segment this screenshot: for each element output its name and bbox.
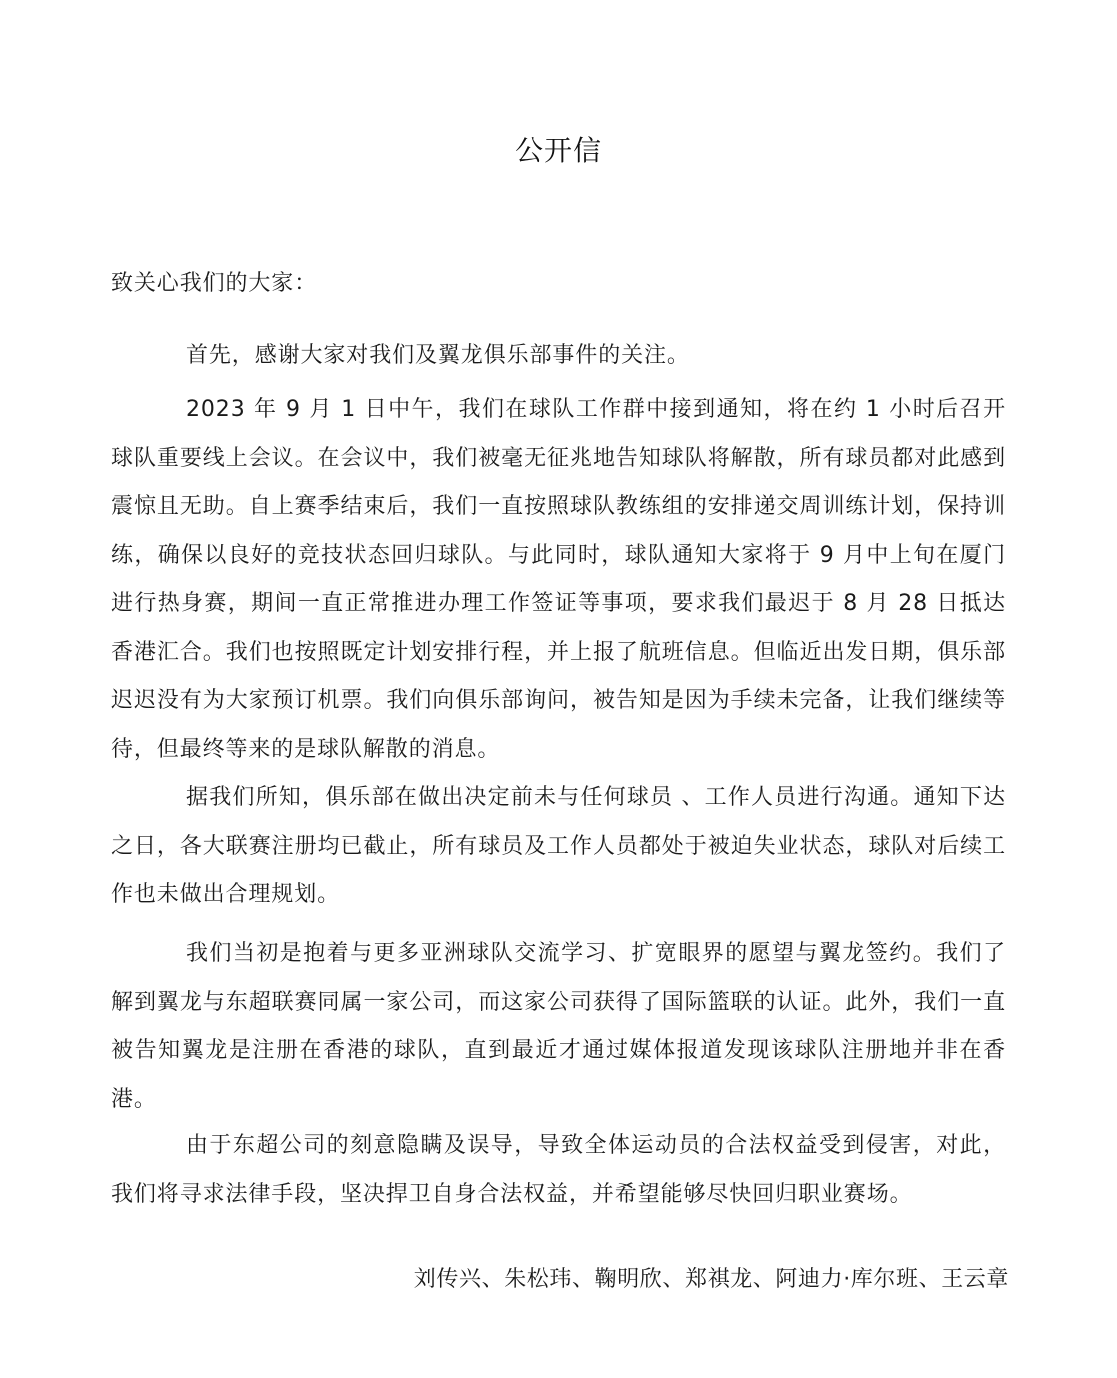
paragraph-dissolution-notice: 2023 年 9 月 1 日中午，我们在球队工作群中接到通知，将在约 1 小时后…	[111, 386, 1006, 774]
paragraph-legal-action: 由于东超公司的刻意隐瞒及误导，导致全体运动员的合法权益受到侵害，对此，我们将寻求…	[111, 1122, 1006, 1219]
salutation: 致关心我们的大家：	[111, 268, 1006, 300]
paragraph-no-communication: 据我们所知，俱乐部在做出决定前未与任何球员 、工作人员进行沟通。通知下达之日，各…	[111, 774, 1006, 920]
signature-names: 刘传兴、朱松玮、鞠明欣、郑祺龙、阿迪力·库尔班、王云章	[414, 1264, 1009, 1296]
letter-title: 公开信	[0, 133, 1117, 169]
paragraph-registration: 我们当初是抱着与更多亚洲球队交流学习、扩宽眼界的愿望与翼龙签约。我们了解到翼龙与…	[111, 930, 1006, 1124]
paragraph-thanks: 首先，感谢大家对我们及翼龙俱乐部事件的关注。	[111, 332, 1006, 381]
letter-page: 公开信 致关心我们的大家： 首先，感谢大家对我们及翼龙俱乐部事件的关注。 202…	[0, 0, 1117, 1378]
